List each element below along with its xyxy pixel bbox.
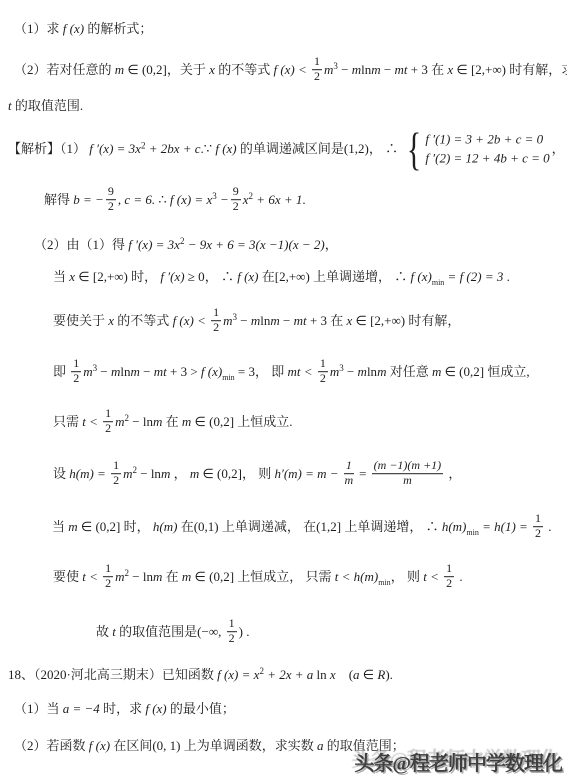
text-run: 18、（2020·河北高三期末）已知函数 (8, 667, 217, 682)
text-run: 即 (53, 364, 69, 379)
math-fraction: 12 (318, 357, 328, 386)
math-run: m (432, 364, 441, 379)
math-run: f ′(x) = 3x (128, 237, 180, 252)
fraction-denominator: 2 (444, 577, 454, 591)
text-run: 时有解，求实数 (506, 62, 567, 77)
math-run: f (x) < (273, 62, 310, 77)
text-run: ∴ (155, 192, 170, 207)
fraction-denominator: 2 (111, 474, 121, 488)
math-run: − (280, 313, 294, 328)
text-run: 的解析式； (84, 21, 152, 36)
text-run: 的取值范围是 (116, 624, 197, 639)
math-run: m (324, 62, 333, 77)
math-run: (1,2) (344, 141, 369, 156)
superscript: 3 (233, 312, 238, 323)
math-run: h(m) (442, 519, 467, 534)
document-line: 只需 t < 12m2 − lnm 在 m ∈ (0,2] 上恒成立. (53, 407, 293, 439)
document-page: （1）求 f (x) 的解析式；（2）若对任意的 m ∈ (0,2]，关于 x … (0, 0, 567, 777)
math-run: . (503, 269, 510, 284)
math-run: m (161, 466, 170, 481)
math-run: h′(m) = m − (274, 466, 341, 481)
document-line: 要使 t < 12m2 − lnm 在 m ∈ (0,2] 上恒成立， 只需 t… (53, 562, 463, 594)
fraction-numerator: 1 (71, 357, 81, 372)
fraction-numerator: 1 (444, 562, 454, 577)
equation-system-rows: f ′(1) = 3 + 2b + c = 0f ′(2) = 12 + 4b … (425, 131, 549, 167)
math-run: = (356, 466, 370, 481)
math-run: ∈ [2,+∞) (453, 62, 506, 77)
text-run: 只需 (53, 414, 82, 429)
equation-row: f ′(2) = 12 + 4b + c = 0 (425, 151, 549, 167)
text-run: . (390, 667, 393, 682)
math-run: f (x) (411, 269, 432, 284)
math-run: − (381, 62, 395, 77)
text-run: 解得 (44, 192, 73, 207)
document-line: 【解析】（1） f ′(x) = 3x2 + 2bx + c.∵ f (x) 的… (8, 129, 565, 170)
text-run: ， 则 (391, 569, 424, 584)
math-run: ln (120, 364, 130, 379)
math-run: + 3 > (167, 364, 201, 379)
text-run: 时， (128, 269, 161, 284)
fraction-denominator: 2 (211, 321, 221, 335)
math-run: f ′(1) = 3 + 2b + c = 0 (425, 131, 543, 146)
math-run: ∈ (0,2] (78, 519, 121, 534)
document-line: （1）当 a = −4 时，求 f (x) 的最小值； (14, 701, 235, 717)
text-run: 在 (428, 62, 448, 77)
math-run: m (330, 364, 339, 379)
document-line: 要使关于 x 的不等式 f (x) < 12m3 − mlnm − mt + 3… (53, 306, 460, 338)
fraction-denominator: 2 (318, 372, 328, 386)
fraction-numerator: 1 (533, 512, 543, 527)
text-run: 当 (52, 519, 68, 534)
superscript: 3 (339, 363, 344, 374)
superscript: 2 (125, 568, 130, 579)
math-run: m (223, 313, 232, 328)
math-run: = h(1) = (479, 519, 531, 534)
document-lines: （1）求 f (x) 的解析式；（2）若对任意的 m ∈ (0,2]，关于 x … (0, 0, 567, 777)
equation-row: f ′(1) = 3 + 2b + c = 0 (425, 131, 549, 147)
math-fraction: 12 (312, 55, 322, 84)
math-run: t < (423, 569, 442, 584)
watermark: 头条@程老师中学数理化 (354, 747, 562, 776)
math-run: ∈ [2,+∞) (75, 269, 128, 284)
math-run: m (182, 414, 191, 429)
math-run: − (140, 364, 154, 379)
text-run: 时， (120, 519, 153, 534)
text-run: ，关于 (167, 62, 209, 77)
math-run: mt (395, 62, 408, 77)
math-run: m (123, 466, 132, 481)
fraction-denominator: 2 (312, 70, 322, 84)
math-fraction: 12 (227, 617, 237, 646)
math-run: f (x) = x (170, 192, 212, 207)
superscript: 2 (141, 140, 146, 151)
subscript: min (432, 278, 444, 288)
math-run: + 3 (408, 62, 428, 77)
text-run: . (243, 624, 250, 639)
document-line: 解得 b = −92, c = 6. ∴ f (x) = x3 −92x2 + … (44, 185, 306, 217)
math-run: − (97, 364, 111, 379)
text-run: 在区间 (110, 738, 152, 753)
fraction-denominator: 2 (533, 527, 543, 541)
subscript: min (466, 528, 478, 538)
fraction-denominator: m (372, 474, 444, 488)
math-run: m (153, 414, 162, 429)
math-fraction: 12 (444, 562, 454, 591)
math-run: − (338, 62, 352, 77)
math-run: m (83, 364, 92, 379)
math-fraction: 12 (211, 306, 221, 335)
superscript: 2 (132, 465, 137, 476)
math-run: m (352, 62, 361, 77)
text-run: 当 (53, 269, 69, 284)
text-run: 的单调递减区间是 (237, 141, 344, 156)
text-run: 在 (162, 414, 182, 429)
document-line: 即 12m3 − mlnm − mt + 3 > f (x)min = 3， 即… (53, 357, 530, 389)
math-run: ln (367, 364, 377, 379)
text-run: ， (325, 237, 338, 252)
fraction-numerator: 1 (103, 407, 113, 422)
math-run: m (115, 62, 124, 77)
math-run: ∈ (0,2] (199, 466, 242, 481)
math-run: m (153, 569, 162, 584)
text-run: 上为单调函数，求实数 (181, 738, 318, 753)
math-fraction: 1m (344, 459, 354, 488)
superscript: 2 (125, 413, 130, 424)
math-run: m (270, 313, 279, 328)
fraction-denominator: m (344, 474, 354, 488)
equation-system: {f ′(1) = 3 + 2b + c = 0f ′(2) = 12 + 4b… (403, 129, 549, 168)
math-run: − ln (129, 569, 153, 584)
text-run: ， 即 (255, 364, 288, 379)
document-line: 设 h(m) = 12m2 − lnm ， m ∈ (0,2]， 则 h′(m)… (53, 459, 461, 491)
text-run: 的最小值； (167, 701, 235, 716)
text-run: 故 (96, 624, 112, 639)
math-fraction: 12 (111, 459, 121, 488)
text-run: 的不等式 (215, 62, 274, 77)
math-run: t < (82, 569, 101, 584)
document-line: 当 x ∈ [2,+∞) 时， f ′(x) ≥ 0， ∴ f (x) 在[2,… (53, 269, 510, 285)
math-run: f (x) (215, 141, 236, 156)
math-run: m (115, 414, 124, 429)
math-run: ∈ (360, 667, 378, 682)
math-fraction: 12 (103, 562, 113, 591)
text-run: 时有解， (405, 313, 460, 328)
text-run: 在 (327, 313, 347, 328)
math-run: − (217, 192, 229, 207)
fraction-denominator: 2 (103, 577, 113, 591)
math-run: h(m) (153, 519, 178, 534)
fraction-numerator: 9 (231, 185, 241, 200)
math-run: t < h(m) (335, 569, 378, 584)
math-run: f ′(x) (160, 269, 184, 284)
text-run: （2）由（1）得 (34, 237, 128, 252)
superscript: 2 (259, 666, 264, 677)
math-run: a = −4 (63, 701, 100, 716)
math-fraction: 12 (533, 512, 543, 541)
text-run: （2）若函数 (14, 738, 89, 753)
text-run: （2）若对任意的 (14, 62, 115, 77)
math-run: f ′(2) = 12 + 4b + c = 0 (425, 151, 549, 166)
math-run: m (115, 569, 124, 584)
text-run: 时，求 (100, 701, 146, 716)
document-line: （2）若对任意的 m ∈ (0,2]，关于 x 的不等式 f (x) < 12m… (14, 55, 567, 87)
math-run: mt (154, 364, 167, 379)
math-run: mt < (288, 364, 316, 379)
fraction-numerator: 1 (344, 459, 354, 474)
math-run: (0,1) (194, 519, 219, 534)
math-run: m (190, 466, 199, 481)
math-run: m (358, 364, 367, 379)
text-run: 对任意 (386, 364, 432, 379)
math-run: f (x) (145, 701, 166, 716)
fraction-numerator: 1 (312, 55, 322, 70)
math-run: m (251, 313, 260, 328)
fraction-numerator: 1 (111, 459, 121, 474)
fraction-numerator: 1 (318, 357, 328, 372)
math-run: ∈ (0,2] (191, 414, 234, 429)
fraction-denominator: 2 (71, 372, 81, 386)
fraction-numerator: (m −1)(m +1) (372, 459, 444, 474)
text-run: ， (170, 466, 190, 481)
text-run: 上恒成立. (234, 414, 293, 429)
math-fraction: 12 (103, 407, 113, 436)
superscript: 2 (180, 236, 185, 247)
math-run: . (545, 519, 552, 534)
fraction-numerator: 1 (227, 617, 237, 632)
text-run: 要使 (53, 569, 82, 584)
math-run: . (456, 569, 463, 584)
superscript: 3 (212, 191, 217, 202)
text-run: 在 (259, 269, 275, 284)
math-fraction: (m −1)(m +1)m (372, 459, 444, 488)
math-run: h(m) = (69, 466, 109, 481)
document-line: （2）若函数 f (x) 在区间(0, 1) 上为单调函数，求实数 a 的取值范… (14, 738, 405, 754)
text-run: ， 则 (242, 466, 275, 481)
math-run: − (344, 364, 358, 379)
text-run (336, 667, 349, 682)
document-line: 当 m ∈ (0,2] 时， h(m) 在(0,1) 上单调递减， 在(1,2]… (52, 512, 552, 544)
brace-glyph: { (407, 129, 421, 168)
fraction-numerator: 1 (211, 306, 221, 321)
text-run: 的取值范围. (12, 98, 84, 113)
math-fraction: 12 (71, 357, 81, 386)
math-run: ln (361, 62, 371, 77)
text-run: 上单调递减， 在 (219, 519, 317, 534)
math-run: ∈ (0,2] (441, 364, 484, 379)
math-run: m (371, 62, 380, 77)
text-run: 在 (162, 569, 182, 584)
math-run: − 9x + 6 = 3(x −1)(x − 2) (184, 237, 324, 252)
math-run: = f (2) = 3 (444, 269, 503, 284)
text-run: ， (445, 466, 461, 481)
text-run: 恒成立, (484, 364, 530, 379)
math-run: m (111, 364, 120, 379)
math-run: m (68, 519, 77, 534)
math-run: f (x) < (173, 313, 210, 328)
text-run: 的不等式 (114, 313, 173, 328)
math-run: (0, 1) (152, 738, 180, 753)
math-run: f (x) (201, 364, 222, 379)
text-run: 【解析】（1） (8, 141, 89, 156)
math-run: + 2x + a (264, 667, 313, 682)
math-run: ∈ (0,2] (191, 569, 234, 584)
text-run: ， ∴ (205, 269, 238, 284)
math-run: m (131, 364, 140, 379)
superscript: 3 (333, 61, 338, 72)
text-run: 在 (177, 519, 193, 534)
math-run: [2,+∞) (275, 269, 310, 284)
text-run: （1）求 (14, 21, 63, 36)
math-run: ln (260, 313, 270, 328)
math-run: f (x) = x (217, 667, 259, 682)
fraction-denominator: 2 (231, 200, 241, 214)
subscript: min (222, 373, 234, 383)
math-run: f (x) (89, 738, 110, 753)
math-run: mt (294, 313, 307, 328)
math-run: − (237, 313, 251, 328)
math-run: + 2bx + c (145, 141, 200, 156)
text-run: 设 (53, 466, 69, 481)
math-run: + 3 (307, 313, 327, 328)
math-run: , c = 6. (118, 192, 155, 207)
math-run: m (182, 569, 191, 584)
text-run: （1）当 (14, 701, 63, 716)
fraction-denominator: 2 (227, 632, 237, 646)
math-run: − ln (137, 466, 161, 481)
text-run: 上单调递增， ∴ (341, 519, 442, 534)
subscript: min (378, 578, 390, 588)
document-line: 18、（2020·河北高三期末）已知函数 f (x) = x2 + 2x + a… (8, 667, 393, 683)
document-line: （2）由（1）得 f ′(x) = 3x2 − 9x + 6 = 3(x −1)… (34, 237, 338, 253)
math-run: ∈ [2,+∞) (352, 313, 405, 328)
math-run: ≥ 0 (185, 269, 205, 284)
text-run: 上恒成立， 只需 (234, 569, 335, 584)
text-run: 上单调递增， ∴ (310, 269, 411, 284)
math-run: = 3 (235, 364, 255, 379)
math-run: (−∞, (197, 624, 224, 639)
math-run: f (x) (63, 21, 84, 36)
math-fraction: 92 (106, 185, 116, 214)
text-run: 要使关于 (53, 313, 108, 328)
fraction-numerator: 1 (103, 562, 113, 577)
text-run: ∵ (204, 141, 216, 156)
math-run: f ′(x) = 3x (89, 141, 141, 156)
fraction-denominator: 2 (103, 422, 113, 436)
document-line: t 的取值范围. (8, 98, 83, 114)
math-run: − ln (129, 414, 153, 429)
fraction-denominator: 2 (106, 200, 116, 214)
math-run: ln (313, 667, 330, 682)
text-run: ， (552, 141, 565, 156)
math-run: ∈ (0,2] (124, 62, 167, 77)
fraction-numerator: 9 (106, 185, 116, 200)
math-run: + 6x + 1 (253, 192, 302, 207)
math-run: f (x) (237, 269, 258, 284)
text-run: ， ∴ (369, 141, 402, 156)
superscript: 2 (249, 191, 254, 202)
superscript: 3 (93, 363, 98, 374)
document-line: （1）求 f (x) 的解析式； (14, 21, 152, 37)
math-run: t < (82, 414, 101, 429)
math-fraction: 92 (231, 185, 241, 214)
math-run: (1,2] (316, 519, 341, 534)
document-line: 故 t 的取值范围是(−∞, 12) . (96, 617, 249, 649)
math-run: b = − (73, 192, 104, 207)
math-run: . (302, 192, 305, 207)
